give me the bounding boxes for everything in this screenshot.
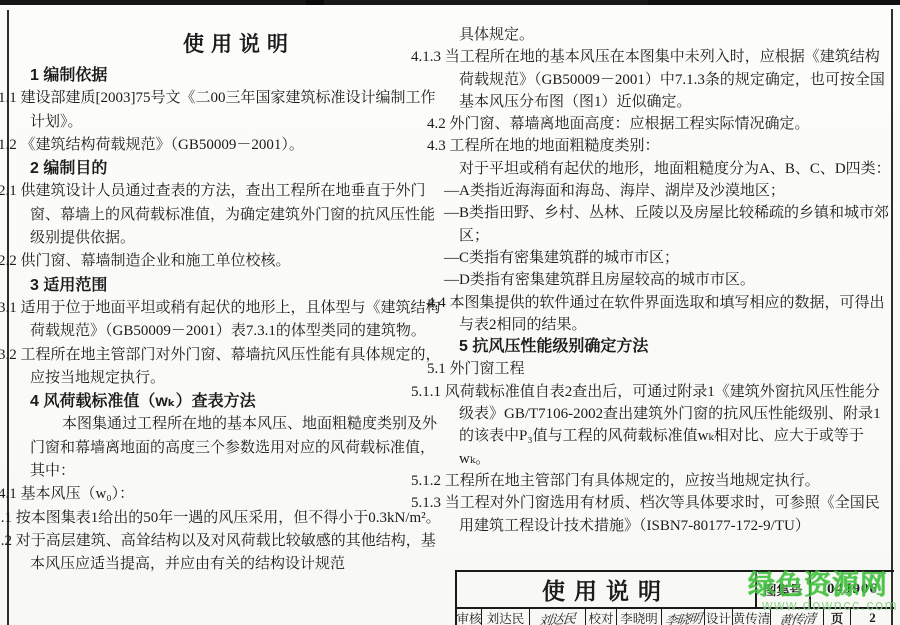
doc-paragraph: 1.2 《建筑结构荷载规范》（GB50009－2001）。 [30,134,449,157]
check-label: 校对 [586,609,617,625]
document-page: 使用说明 1 编制依据 1.1 建设部建质[2003]75号文《二00三年国家建… [0,0,900,625]
section-heading: 4 风荷载标准值（wₖ）查表方法 [30,390,449,413]
doc-paragraph: 4.4 本图集提供的软件通过在软件界面选取和填写相应的数据，可得出与表2相同的结… [459,292,891,337]
section-heading: 3 适用范围 [30,274,449,297]
top-border-rule [0,0,900,5]
signature-handwriting: 李晓明 [664,609,702,625]
doc-paragraph: 4.1.3 当工程所在地的基本风压在本图集中未列入时，应根据《建筑结构荷载规范》… [459,46,891,113]
doc-paragraph: 5.1.1 风荷载标准值自表2查出后，可通过附录1《建筑外窗抗风压性能分级表》G… [459,381,891,470]
design-name: 黄传清 [733,609,771,625]
doc-paragraph: 5.1 外门窗工程 [459,358,891,380]
doc-paragraph: 2.1 供建筑设计人员通过查表的方法，查出工程所在地垂直于外门窗、幕墙上的风荷载… [30,180,449,250]
section-heading: 1 编制依据 [30,64,449,87]
signature-handwriting: 刘达民 [538,609,576,625]
doc-paragraph: 4.1.1 按本图集表1给出的50年一遇的风压采用，但不得小于0.3kN/m²。 [30,507,449,530]
doc-paragraph: 5.1.3 当工程对外门窗选用有材质、档次等具体要求时，可参照《全国民用建筑工程… [459,492,891,537]
doc-paragraph: 本图集通过工程所在地的基本风压、地面粗糙度类别及外门窗和幕墙离地面的高度三个参数… [30,413,449,483]
list-item: —D类指有密集建筑群且房屋较高的城市市区。 [459,269,891,291]
section-heading: 2 编制目的 [30,157,449,180]
doc-paragraph: 2.2 供门窗、幕墙制造企业和施工单位校核。 [30,250,449,273]
list-item: —A类指近海海面和海岛、海岸、湖岸及沙漠地区； [459,180,891,202]
doc-paragraph: 5.1.2 工程所在地主管部门有具体规定的，应按当地规定执行。 [459,470,891,492]
doc-paragraph: 4.3 工程所在地的地面粗糙度类别： [459,135,891,157]
doc-paragraph: 1.1 建设部建质[2003]75号文《二00三年国家建筑标准设计编制工作计划》… [30,87,449,134]
doc-paragraph: 3.1 适用于位于地面平坦或稍有起伏的地形上，且体型与《建筑结构荷载规范》（GB… [30,297,449,344]
review-signature: 刘达民 [530,609,586,625]
review-label: 审核 [457,609,482,625]
doc-paragraph: 4.2 外门窗、幕墙离地面高度：应根据工程实际情况确定。 [459,113,891,135]
review-name: 刘达民 [482,609,530,625]
design-signature: 黄传清 [771,609,824,625]
left-column: 1 编制依据 1.1 建设部建质[2003]75号文《二00三年国家建筑标准设计… [30,64,449,577]
page-label: 页 [824,609,851,625]
signature-handwriting: 黄传清 [778,609,816,625]
doc-paragraph: 4.1.2 对于高层建筑、高耸结构以及对风荷载比较敏感的其他结构，基本风压应适当… [30,530,449,577]
title-block-title: 使用说明 [457,572,755,607]
atlas-number-label: 图集号 [755,572,809,607]
check-name: 李晓明 [617,609,662,625]
list-item: —B类指田野、乡村、丛林、丘陵以及房屋比较稀疏的乡镇和城市郊区； [459,202,891,247]
atlas-number-value: 04J906 [809,572,894,607]
list-item: —C类指有密集建筑群的城市市区； [459,247,891,269]
title-block-top-row: 使用说明 图集号 04J906 [457,572,894,609]
title-block: 使用说明 图集号 04J906 审核 刘达民 刘达民 校对 李晓明 李晓明 设计… [455,570,894,625]
doc-paragraph: 对于平坦或稍有起伏的地形，地面粗糙度分为A、B、C、D四类： [459,158,891,180]
doc-paragraph: 3.2 工程所在地主管部门对外门窗、幕墙抗风压性能有具体规定的，应按当地规定执行… [30,344,449,391]
right-border-line [891,9,893,625]
doc-paragraph: 4.1 基本风压（w₀）： [30,483,449,506]
check-signature: 李晓明 [662,609,705,625]
design-label: 设计 [705,609,733,625]
doc-paragraph: 具体规定。 [459,24,891,46]
section-heading: 5 抗风压性能级别确定方法 [459,336,891,358]
page-number: 2 [851,609,894,625]
page-title: 使用说明 [30,28,448,58]
title-block-signoff-row: 审核 刘达民 刘达民 校对 李晓明 李晓明 设计 黄传清 黄传清 页 2 [457,609,894,625]
right-column: 具体规定。 4.1.3 当工程所在地的基本风压在本图集中未列入时，应根据《建筑结… [459,24,891,537]
